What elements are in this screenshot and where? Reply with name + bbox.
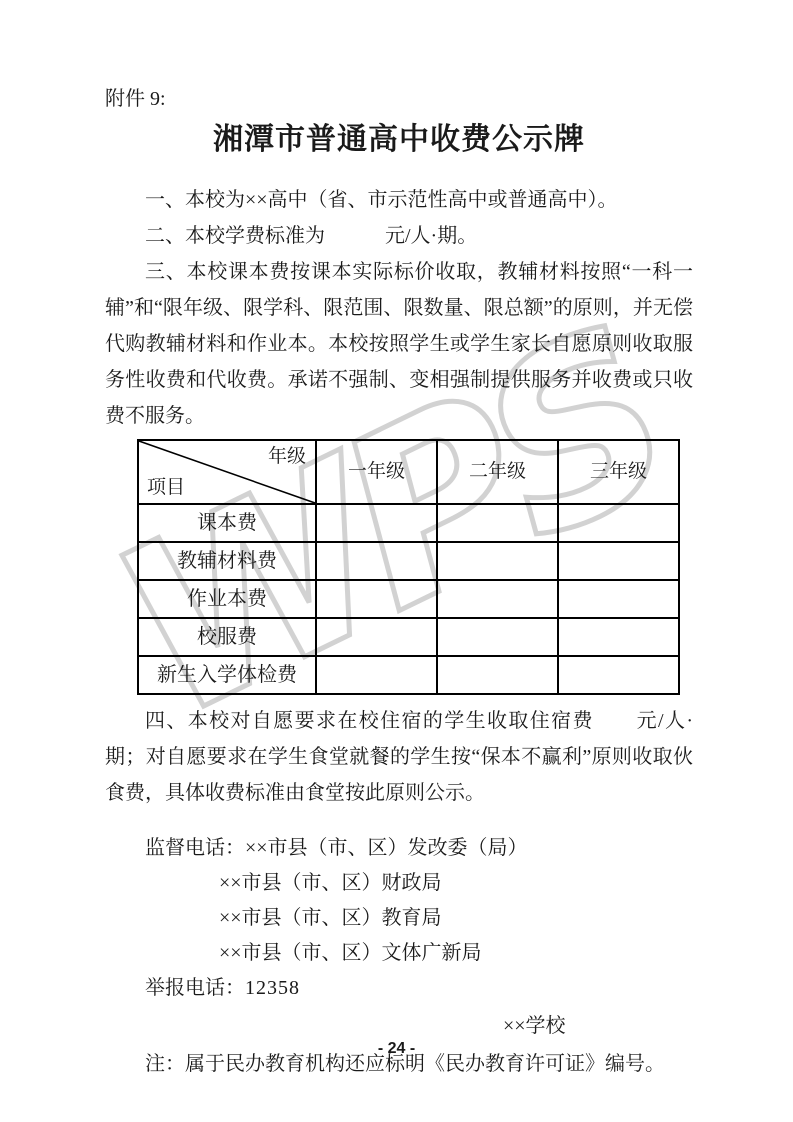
table-corner-cell: 年级 项目 xyxy=(138,440,316,504)
table-cell xyxy=(437,504,558,542)
school-signature: ××学校 xyxy=(105,1008,693,1044)
attachment-label: 附件 9: xyxy=(105,86,693,112)
table-row: 教辅材料费 xyxy=(138,542,679,580)
table-cell xyxy=(437,542,558,580)
row-label-textbook-fee: 课本费 xyxy=(138,504,316,542)
paragraph-2: 二、本校学费标准为 元/人·期。 xyxy=(105,218,693,254)
supervision-phone-line-4: ××市县（市、区）文体广新局 xyxy=(105,936,693,971)
page-title: 湘潭市普通高中收费公示牌 xyxy=(105,120,693,160)
supervision-phone-line-1: 监督电话：××市县（市、区）发改委（局） xyxy=(105,831,693,866)
row-label-supplement-fee: 教辅材料费 xyxy=(138,542,316,580)
column-header-grade2: 二年级 xyxy=(437,440,558,504)
report-phone-number: 12358 xyxy=(245,977,300,999)
page-number: - 24 - xyxy=(0,1040,793,1058)
table-row: 课本费 xyxy=(138,504,679,542)
table-cell xyxy=(558,618,679,656)
fee-table: 年级 项目 一年级 二年级 三年级 课本费 教辅材料费 xyxy=(137,439,680,695)
table-row: 新生入学体检费 xyxy=(138,656,679,694)
supervision-phone-line-2: ××市县（市、区）财政局 xyxy=(105,866,693,901)
paragraph-4: 四、本校对自愿要求在校住宿的学生收取住宿费 元/人·期；对自愿要求在学生食堂就餐… xyxy=(105,703,693,811)
document-content: 附件 9: 湘潭市普通高中收费公示牌 一、本校为××高中（省、市示范性高中或普通… xyxy=(0,0,793,1082)
table-cell xyxy=(316,618,437,656)
corner-label-item: 项目 xyxy=(147,476,185,500)
supervision-phone-agency-1: ××市县（市、区）发改委（局） xyxy=(245,837,528,859)
corner-label-grade: 年级 xyxy=(268,445,306,469)
column-header-grade3: 三年级 xyxy=(558,440,679,504)
report-phone-line: 举报电话：12358 xyxy=(105,971,693,1006)
table-cell xyxy=(316,542,437,580)
row-label-uniform-fee: 校服费 xyxy=(138,618,316,656)
report-phone-label: 举报电话： xyxy=(145,977,245,999)
table-row: 校服费 xyxy=(138,618,679,656)
supervision-phone-line-3: ××市县（市、区）教育局 xyxy=(105,901,693,936)
contact-block: 监督电话：××市县（市、区）发改委（局） ××市县（市、区）财政局 ××市县（市… xyxy=(105,831,693,1006)
table-header-row: 年级 项目 一年级 二年级 三年级 xyxy=(138,440,679,504)
row-label-physical-exam-fee: 新生入学体检费 xyxy=(138,656,316,694)
table-cell xyxy=(316,504,437,542)
table-cell xyxy=(558,580,679,618)
column-header-grade1: 一年级 xyxy=(316,440,437,504)
paragraph-3: 三、本校课本费按课本实际标价收取，教辅材料按照“一科一辅”和“限年级、限学科、限… xyxy=(105,254,693,434)
table-cell xyxy=(558,656,679,694)
table-cell xyxy=(316,656,437,694)
document-page: WPS 附件 9: 湘潭市普通高中收费公示牌 一、本校为××高中（省、市示范性高… xyxy=(0,0,793,1122)
table-cell xyxy=(558,542,679,580)
table-cell xyxy=(316,580,437,618)
table-cell xyxy=(437,618,558,656)
table-cell xyxy=(558,504,679,542)
table-row: 作业本费 xyxy=(138,580,679,618)
paragraph-1: 一、本校为××高中（省、市示范性高中或普通高中）。 xyxy=(105,182,693,218)
row-label-workbook-fee: 作业本费 xyxy=(138,580,316,618)
table-cell xyxy=(437,580,558,618)
supervision-phone-label: 监督电话： xyxy=(145,837,245,859)
table-cell xyxy=(437,656,558,694)
